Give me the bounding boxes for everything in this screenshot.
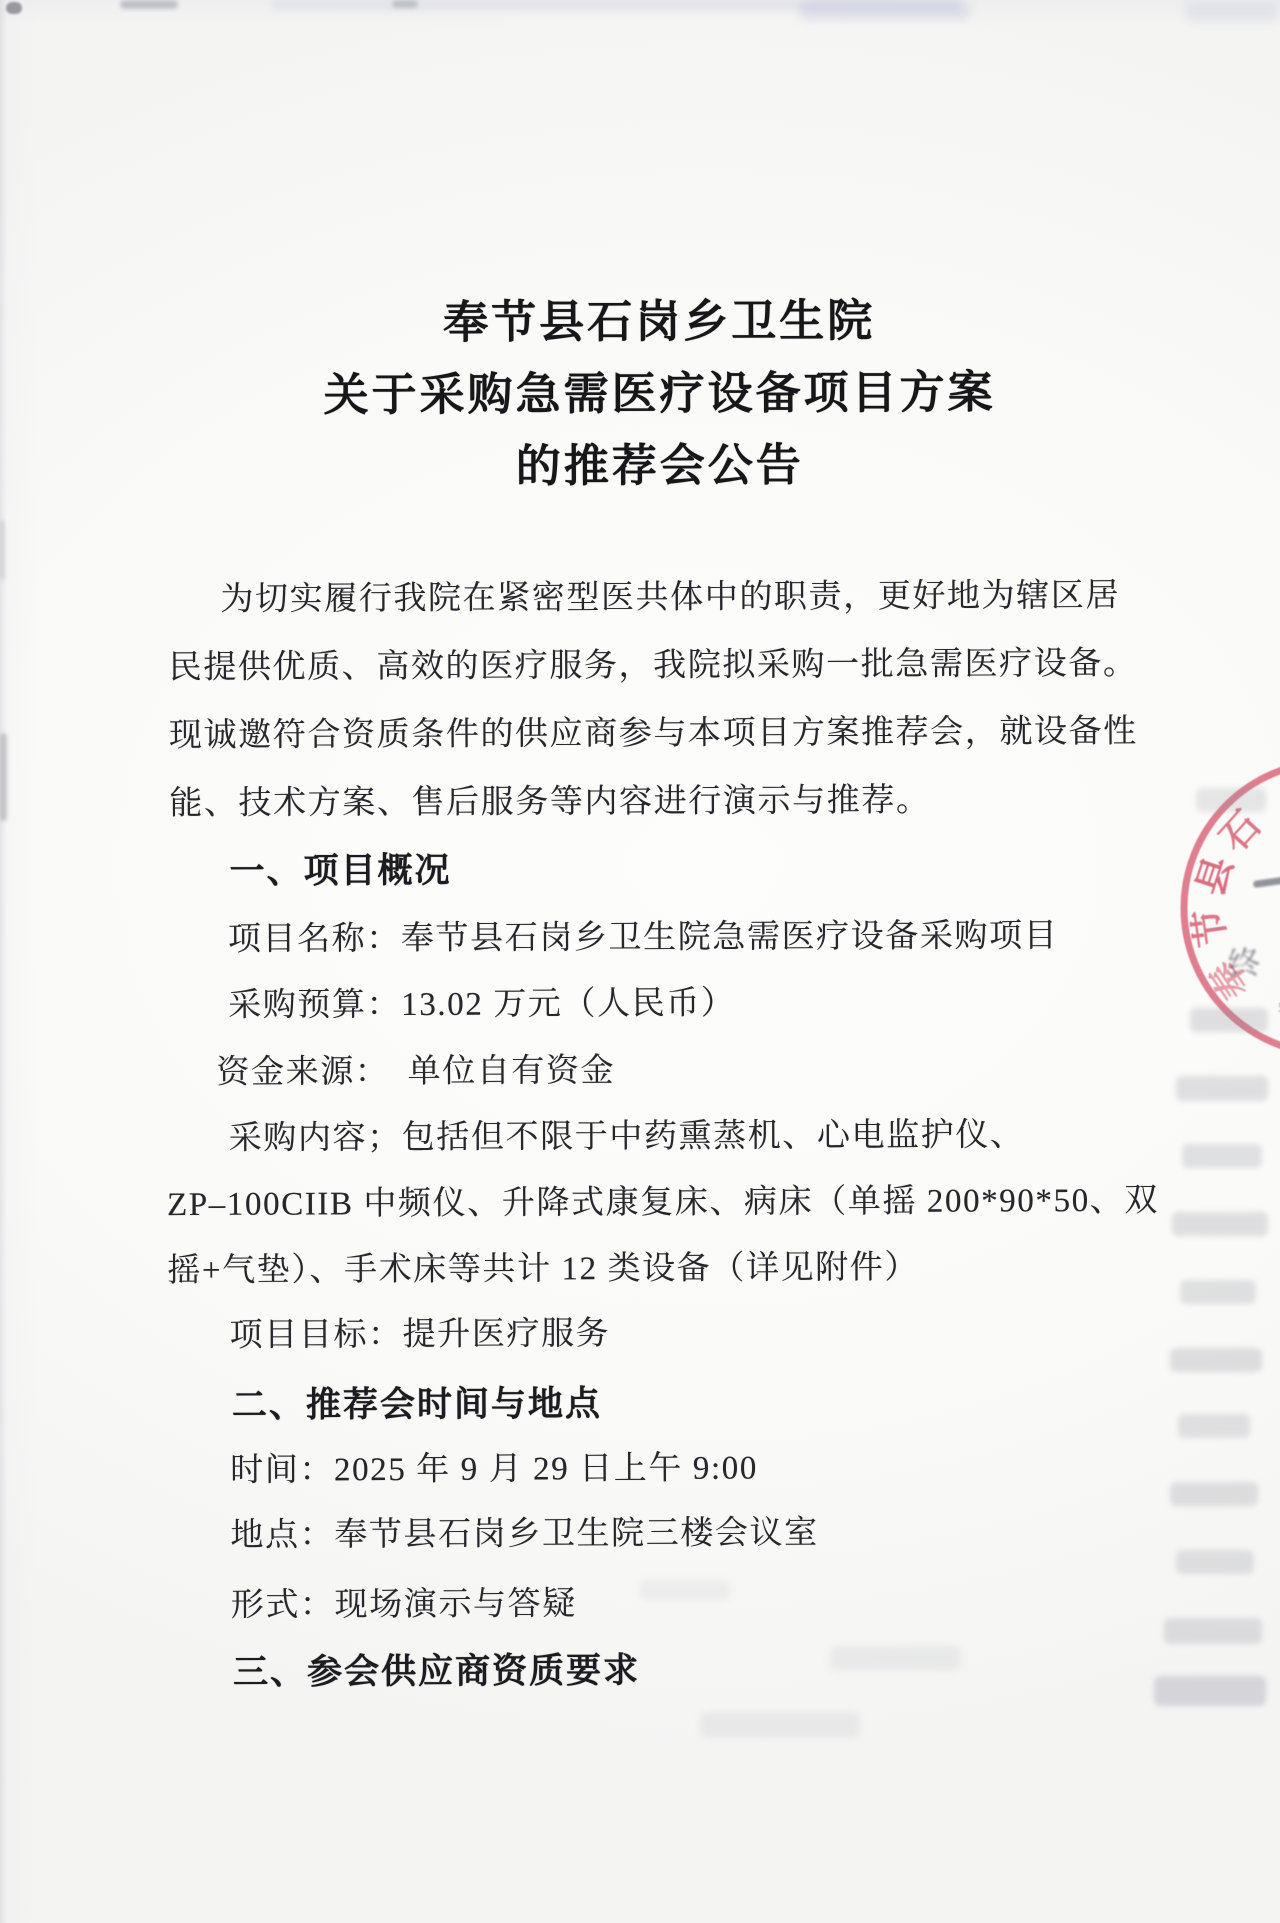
body-line: 现诚邀符合资质条件的供应商参与本项目方案推荐会，就设备性 (169, 705, 1138, 756)
scanned-document-page: 奉节县石岗乡卫生院关于采购急需医疗设备项目方案的推荐会公告 为切实履行我院在紧密… (0, 0, 1280, 1923)
body-line: 资金来源： 单位自有资金 (216, 1044, 615, 1093)
body-line: 民提供优质、高效的医疗服务，我院拟采购一批急需医疗设备。 (169, 637, 1138, 688)
title-line: 关于采购急需医疗设备项目方案 (19, 354, 1280, 425)
document-title-block: 奉节县石岗乡卫生院关于采购急需医疗设备项目方案的推荐会公告 (0, 0, 1276, 3)
body-line: 项目目标：提升医疗服务 (230, 1307, 611, 1356)
body-line: 采购预算：13.02 万元（人民币） (228, 977, 736, 1026)
body-line: 形式：现场演示与答疑 (231, 1577, 577, 1626)
body-line: 采购内容；包括但不限于中药熏蒸机、心电监护仪、 (229, 1108, 1025, 1158)
body-line: ZP–100CIIB 中频仪、升降式康复床、病床（单摇 200*90*50、双 (167, 1174, 1159, 1225)
title-line: 奉节县石岗乡卫生院 (19, 282, 1280, 353)
document-content: 奉节县石岗乡卫生院关于采购急需医疗设备项目方案的推荐会公告 为切实履行我院在紧密… (0, 0, 1280, 1923)
section-heading: 一、项目概况 (229, 843, 451, 894)
body-line: 为切实履行我院在紧密型医共体中的职责，更好地为辖区居 (220, 569, 1120, 620)
body-line: 能、技术方案、售后服务等内容进行演示与推荐。 (169, 774, 930, 824)
body-line: 项目名称：奉节县石岗乡卫生院急需医疗设备采购项目 (228, 909, 1059, 960)
section-heading: 三、参会供应商资质要求 (233, 1643, 640, 1695)
body-line: 地点：奉节县石岗乡卫生院三楼会议室 (230, 1506, 818, 1556)
body-line: 时间：2025 年 9 月 29 日上午 9:00 (230, 1441, 758, 1490)
section-heading: 二、推荐会时间与地点 (232, 1376, 602, 1428)
title-line: 的推荐会公告 (20, 426, 1280, 497)
document-body: 为切实履行我院在紧密型医共体中的职责，更好地为辖区居民提供优质、高效的医疗服务，… (0, 0, 1276, 3)
body-line: 摇+气垫）、手术床等共计 12 类设备（详见附件） (167, 1241, 919, 1291)
